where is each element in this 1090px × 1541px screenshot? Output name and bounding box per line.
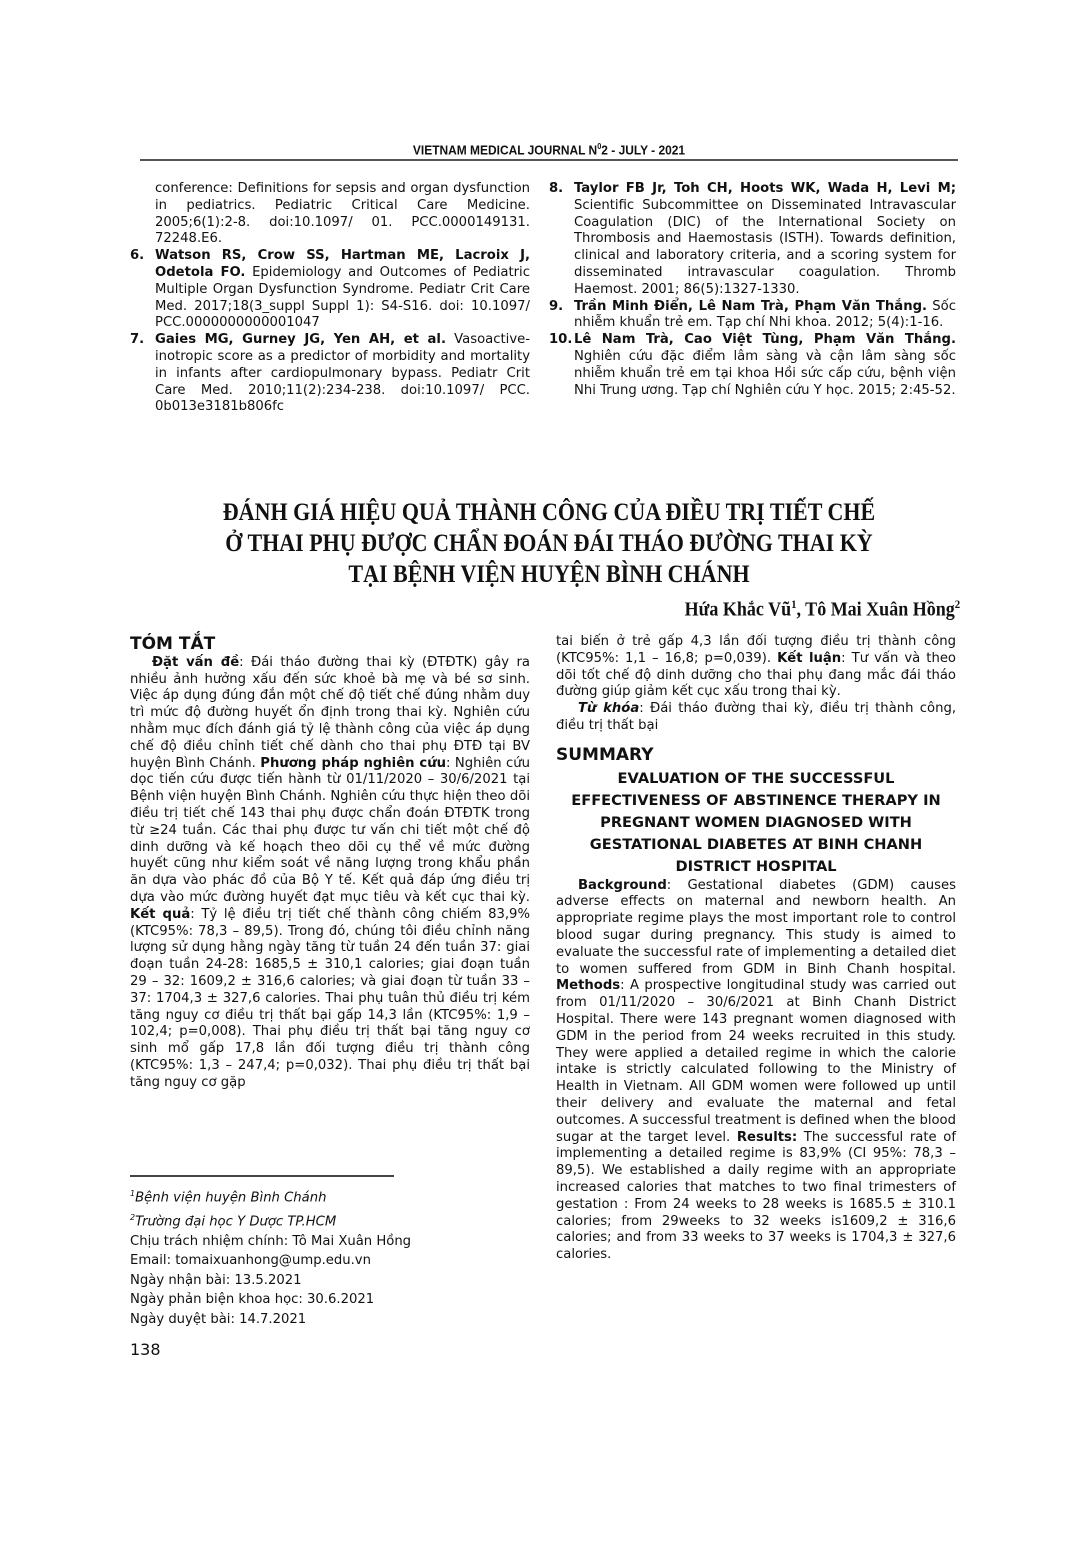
- keywords: Từ khóa: Đái tháo đường thai kỳ, điều tr…: [556, 701, 956, 735]
- reference-text: Scientific Subcommittee on Disseminated …: [574, 198, 956, 297]
- corresponding-author: Chịu trách nhiệm chính: Tô Mai Xuân Hồng: [130, 1232, 411, 1252]
- reference-item: 9.Trần Minh Điển, Lê Nam Trà, Phạm Văn T…: [549, 299, 956, 333]
- running-head: VIETNAM MEDICAL JOURNAL N02 - JULY - 202…: [173, 142, 926, 157]
- date-reviewed: Ngày phản biện khoa học: 30.6.2021: [130, 1290, 411, 1310]
- abstract-heading: TÓM TẮT: [130, 636, 530, 653]
- email: Email: tomaixuanhong@ump.edu.vn: [130, 1251, 411, 1271]
- summary-body: Background: Gestational diabetes (GDM) c…: [556, 878, 956, 1264]
- author-list: Hứa Khắc Vũ1, Tô Mai Xuân Hồng2: [684, 597, 960, 622]
- date-received: Ngày nhận bài: 13.5.2021: [130, 1271, 411, 1291]
- reference-text: Nghiên cứu đặc điểm lâm sàng và cận lâm …: [574, 349, 956, 398]
- article-title: ĐÁNH GIÁ HIỆU QUẢ THÀNH CÔNG CỦA ĐIỀU TR…: [189, 497, 909, 590]
- journal-page: VIETNAM MEDICAL JOURNAL N02 - JULY - 202…: [0, 0, 1090, 1541]
- reference-item: conference: Definitions for sepsis and o…: [130, 181, 530, 248]
- footnotes: 1Bệnh viện huyện Bình Chánh 2Trường đại …: [130, 1184, 411, 1329]
- reference-item: 7.Gaies MG, Gurney JG, Yen AH, et al. Va…: [130, 332, 530, 416]
- references-right: 8.Taylor FB Jr, Toh CH, Hoots WK, Wada H…: [549, 181, 956, 399]
- abstract-continued: tai biến ở trẻ gấp 4,3 lần đối tượng điề…: [556, 634, 956, 1264]
- affiliation-1: 1Bệnh viện huyện Bình Chánh: [130, 1184, 411, 1208]
- author-name: Tô Mai Xuân Hồng: [805, 599, 955, 621]
- reference-item: 8.Taylor FB Jr, Toh CH, Hoots WK, Wada H…: [549, 181, 956, 299]
- affiliation-marker: 2: [955, 597, 960, 611]
- summary-heading: SUMMARY: [556, 747, 956, 764]
- reference-item: 6.Watson RS, Crow SS, Hartman ME, Lacroi…: [130, 248, 530, 332]
- header-rule: [140, 159, 958, 161]
- reference-number: 10.: [549, 332, 572, 349]
- author-name: Hứa Khắc Vũ: [684, 599, 790, 621]
- date-accepted: Ngày duyệt bài: 14.7.2021: [130, 1310, 411, 1330]
- reference-authors: Trần Minh Điển, Lê Nam Trà, Phạm Văn Thắ…: [574, 299, 927, 314]
- reference-authors: Taylor FB Jr, Toh CH, Hoots WK, Wada H, …: [574, 181, 956, 196]
- references-left: conference: Definitions for sepsis and o…: [130, 181, 530, 416]
- abstract-body: Đặt vấn đề: Đái tháo đường thai kỳ (ĐTĐT…: [130, 655, 530, 1092]
- english-title: EVALUATION OF THE SUCCESSFUL EFFECTIVENE…: [556, 768, 956, 878]
- reference-authors: Lê Nam Trà, Cao Việt Tùng, Phạm Văn Thắn…: [574, 332, 956, 347]
- footnote-rule: [130, 1175, 394, 1177]
- title-line: ĐÁNH GIÁ HIỆU QUẢ THÀNH CÔNG CỦA ĐIỀU TR…: [189, 497, 909, 528]
- title-line: TẠI BỆNH VIỆN HUYỆN BÌNH CHÁNH: [189, 559, 909, 590]
- reference-number: 6.: [130, 248, 144, 265]
- reference-number: 9.: [549, 299, 563, 316]
- reference-number: 8.: [549, 181, 563, 198]
- page-number: 138: [130, 1340, 161, 1359]
- reference-item: 10.Lê Nam Trà, Cao Việt Tùng, Phạm Văn T…: [549, 332, 956, 399]
- title-line: Ở THAI PHỤ ĐƯỢC CHẨN ĐOÁN ĐÁI THÁO ĐƯỜNG…: [189, 528, 909, 559]
- journal-name: VIETNAM MEDICAL JOURNAL N: [413, 142, 597, 157]
- abstract-vietnamese: TÓM TẮT Đặt vấn đề: Đái tháo đường thai …: [130, 636, 530, 1092]
- reference-authors: Gaies MG, Gurney JG, Yen AH, et al.: [155, 332, 446, 347]
- issue-date: 2 - JULY - 2021: [601, 142, 685, 157]
- abstract-continuation: tai biến ở trẻ gấp 4,3 lần đối tượng điề…: [556, 634, 956, 701]
- reference-number: 7.: [130, 332, 144, 349]
- affiliation-2: 2Trường đại học Y Dược TP.HCM: [130, 1208, 411, 1232]
